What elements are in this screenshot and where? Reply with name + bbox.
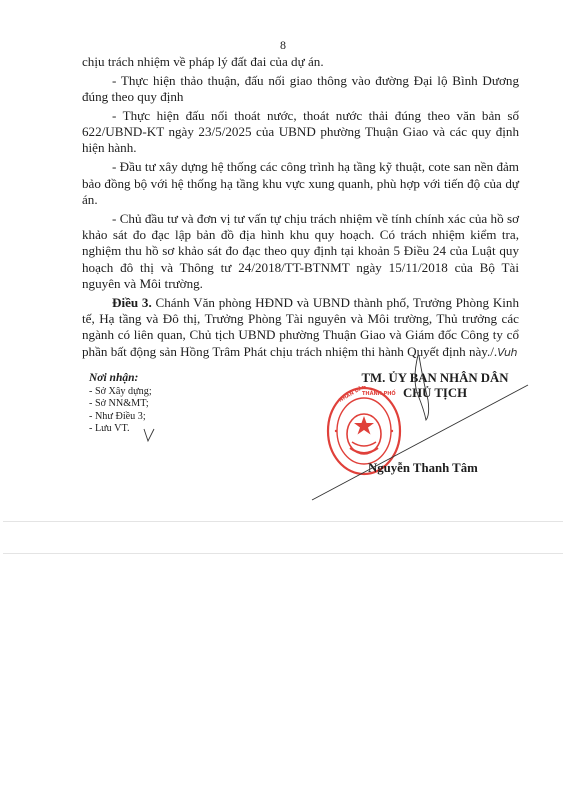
document-body: chịu trách nhiệm về pháp lý đất đai của …	[82, 54, 519, 363]
recipients-block: Nơi nhận: - Sở Xây dựng; - Sở NN&MT; - N…	[89, 372, 152, 435]
recipient-item: - Sở NN&MT;	[89, 398, 152, 410]
paragraph-infrastructure: - Đầu tư xây dựng hệ thống các công trìn…	[82, 159, 519, 208]
page-number: 8	[0, 38, 566, 53]
scan-artifact-line	[3, 553, 563, 554]
signer-name: Nguyễn Thanh Tâm	[368, 461, 478, 476]
handwritten-initials: Vuh	[497, 346, 517, 359]
signing-organization: TM. ỦY BAN NHÂN DÂN	[330, 371, 540, 386]
paragraph-survey-responsibility: - Chủ đầu tư và đơn vị tư vấn tự chịu tr…	[82, 211, 519, 292]
recipient-item: - Sở Xây dựng;	[89, 386, 152, 398]
article-3: Điều 3. Chánh Văn phòng HĐND và UBND thà…	[82, 295, 519, 361]
article-3-label: Điều 3.	[112, 295, 152, 310]
recipients-title: Nơi nhận:	[89, 372, 152, 384]
scan-artifact-line	[3, 521, 563, 522]
paragraph-continuation: chịu trách nhiệm về pháp lý đất đai của …	[82, 54, 519, 70]
paragraph-drainage: - Thực hiện đấu nối thoát nước, thoát nư…	[82, 108, 519, 157]
signing-position: CHỦ TỊCH	[330, 386, 540, 401]
recipient-item: - Như Điều 3;	[89, 411, 152, 423]
paragraph-traffic-connection: - Thực hiện thảo thuận, đấu nối giao thô…	[82, 73, 519, 106]
signature-block: TM. ỦY BAN NHÂN DÂN CHỦ TỊCH	[330, 371, 540, 401]
recipient-item: - Lưu VT.	[89, 423, 152, 435]
